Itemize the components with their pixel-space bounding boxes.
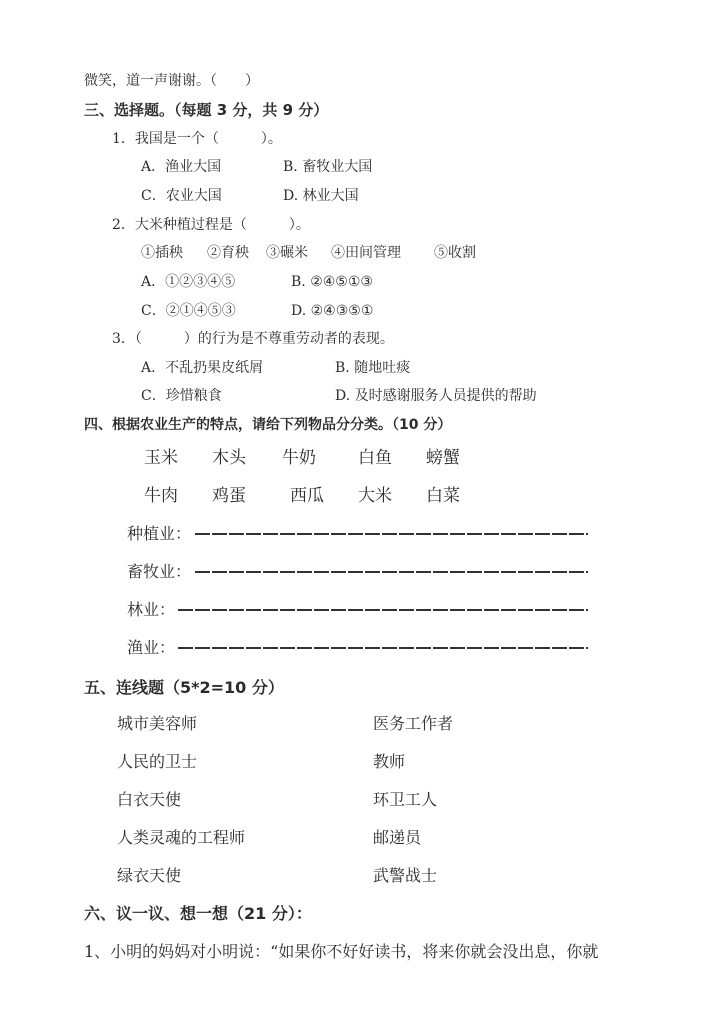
section6-title: 六、议一议、想一想（21 分）： xyxy=(84,906,312,922)
q2-option-c: C．②①④⑤③ xyxy=(141,304,236,318)
category-planting-label: 种植业： xyxy=(127,526,191,542)
answer-line-livestock[interactable] xyxy=(195,571,588,573)
match-left-5[interactable]: 绿衣天使 xyxy=(117,868,181,884)
item-wood: 木头 xyxy=(212,450,246,467)
match-left-2[interactable]: 人民的卫士 xyxy=(117,754,197,770)
match-right-2[interactable]: 教师 xyxy=(373,754,405,770)
q1-stem: 1．我国是一个（ ）。 xyxy=(112,132,282,146)
q3-option-c: C．珍惜粮食 xyxy=(141,389,222,403)
category-forestry-label: 林业： xyxy=(127,602,175,618)
item-egg: 鸡蛋 xyxy=(212,488,246,505)
item-rice: 大米 xyxy=(358,488,392,505)
match-left-4[interactable]: 人类灵魂的工程师 xyxy=(117,830,245,846)
q1-option-d: D. 林业大国 xyxy=(283,189,359,203)
section5-title: 五、连线题（5*2=10 分） xyxy=(84,680,284,696)
q2-option-a: A．①②③④⑤ xyxy=(141,275,235,289)
category-livestock-label: 畜牧业： xyxy=(127,564,191,580)
section3-title: 三、选择题。（每题 3 分，共 9 分） xyxy=(84,103,328,118)
q2-step-1: ①插秧 xyxy=(141,246,183,260)
q2-step-5: ⑤收割 xyxy=(434,246,476,260)
q2-stem: 2．大米种植过程是（ ）。 xyxy=(112,218,310,232)
q2-step-3: ③碾米 xyxy=(266,246,308,260)
match-left-1[interactable]: 城市美容师 xyxy=(117,716,197,732)
q2-step-2: ②育秧 xyxy=(207,246,249,260)
item-crab: 螃蟹 xyxy=(426,450,460,467)
answer-line-fishery[interactable] xyxy=(178,647,588,649)
q3-option-b: B. 随地吐痰 xyxy=(335,361,410,375)
q1-option-b: B. 畜牧业大国 xyxy=(283,160,372,174)
q2-option-b: B. ②④⑤①③ xyxy=(291,275,373,289)
carryover-line: 微笑，道一声谢谢。（ ） xyxy=(84,74,259,88)
q1-option-c: C．农业大国 xyxy=(141,189,222,203)
q3-option-d: D. 及时感谢服务人员提供的帮助 xyxy=(335,389,537,403)
item-beef: 牛肉 xyxy=(144,488,178,505)
match-right-3[interactable]: 环卫工人 xyxy=(373,792,437,808)
match-left-3[interactable]: 白衣天使 xyxy=(117,792,181,808)
q3-option-a: A．不乱扔果皮纸屑 xyxy=(141,361,263,375)
item-watermelon: 西瓜 xyxy=(290,488,324,505)
item-milk: 牛奶 xyxy=(282,450,316,467)
q1-option-a: A．渔业大国 xyxy=(141,160,221,174)
match-right-1[interactable]: 医务工作者 xyxy=(373,716,453,732)
match-right-5[interactable]: 武警战士 xyxy=(373,868,437,884)
answer-line-planting[interactable] xyxy=(195,533,588,535)
section6-question-1: 1、小明的妈妈对小明说：“如果你不好好读书，将来你就会没出息，你就 xyxy=(84,944,598,960)
answer-line-forestry[interactable] xyxy=(178,609,588,611)
category-fishery-label: 渔业： xyxy=(127,640,175,656)
q2-step-4: ④田间管理 xyxy=(331,246,401,260)
item-corn: 玉米 xyxy=(144,450,178,467)
match-right-4[interactable]: 邮递员 xyxy=(373,830,421,846)
q2-option-d: D. ②④③⑤① xyxy=(291,304,373,318)
item-cabbage: 白菜 xyxy=(426,488,460,505)
section4-title: 四、根据农业生产的特点，请给下列物品分分类。（10 分） xyxy=(84,418,451,432)
item-white-fish: 白鱼 xyxy=(358,450,392,467)
q3-stem: 3．（ ）的行为是不尊重劳动者的表现。 xyxy=(112,332,394,346)
